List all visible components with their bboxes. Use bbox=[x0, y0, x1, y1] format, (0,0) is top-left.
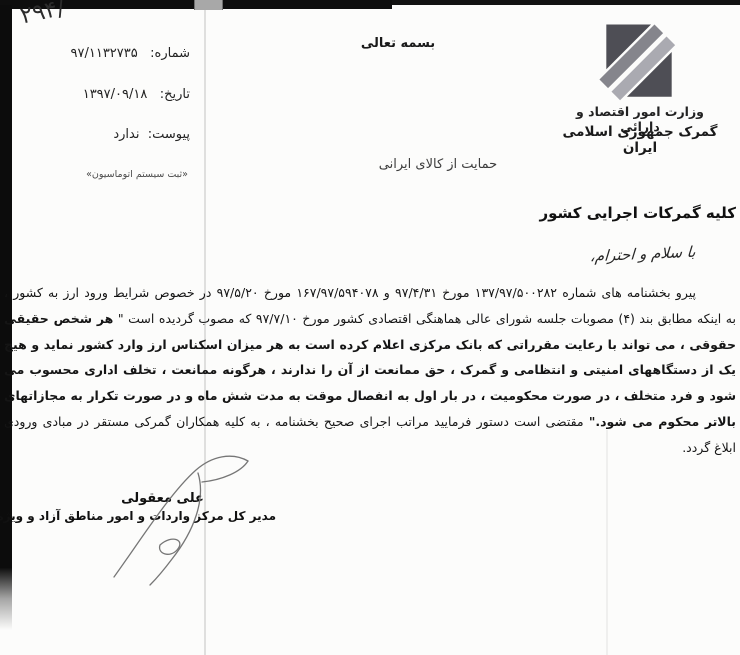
document-page: ۲۹۴/ شماره: ۹۷/۱۱۳۲۷۳۵ تاریخ: ۱۳۹۷/۰۹/۱۸… bbox=[0, 0, 740, 655]
field-date-label: تاریخ: bbox=[160, 87, 190, 102]
field-attachment: پیوست: ندارد bbox=[113, 127, 190, 142]
customs-emblem-icon bbox=[596, 21, 682, 102]
body-text-bold: حقوقی ، می تواند با رعایت مقرراتی که بان… bbox=[4, 337, 736, 352]
scan-top-notch bbox=[194, 0, 223, 10]
body-line-4: یک از دستگاههای امنیتی و انتظامی و گمرک … bbox=[4, 357, 736, 383]
signature-scribble bbox=[100, 449, 265, 589]
field-date-value: ۱۳۹۷/۰۹/۱۸ bbox=[83, 87, 148, 102]
body-text: به اینکه مطابق بند (۴) مصوبات جلسه شورای… bbox=[113, 311, 736, 326]
handwritten-ref-number: ۲۹۴/ bbox=[18, 0, 131, 29]
salutation-handwritten: با سلام و احترام، bbox=[590, 243, 697, 266]
field-number-value: ۹۷/۱۱۳۲۷۳۵ bbox=[71, 46, 138, 61]
automation-note: «ثبت سیستم اتوماسیون» bbox=[86, 169, 188, 180]
field-number: شماره: ۹۷/۱۱۳۲۷۳۵ bbox=[71, 46, 190, 61]
body-paragraph: پیرو بخشنامه های شماره ۱۳۷/۹۷/۵۰۰۲۸۲ مور… bbox=[4, 280, 736, 461]
body-line-2: به اینکه مطابق بند (۴) مصوبات جلسه شورای… bbox=[4, 306, 736, 332]
body-text-bold: بالاتر محکوم می شود." bbox=[589, 414, 736, 429]
field-number-label: شماره: bbox=[150, 46, 190, 61]
field-date: تاریخ: ۱۳۹۷/۰۹/۱۸ bbox=[83, 87, 190, 102]
recipient-line: کلیه گمرکات اجرایی کشور bbox=[539, 204, 736, 222]
field-attachment-label: پیوست: bbox=[148, 127, 190, 142]
body-text: پیرو بخشنامه های شماره ۱۳۷/۹۷/۵۰۰۲۸۲ مور… bbox=[4, 285, 696, 306]
body-line-5: شود و فرد متخلف ، در صورت محکومیت ، در ب… bbox=[4, 383, 736, 409]
besmellah-heading: بسمه تعالی bbox=[348, 36, 448, 51]
body-text-bold: شود و فرد متخلف ، در صورت محکومیت ، در ب… bbox=[4, 388, 736, 403]
body-line-3: حقوقی ، می تواند با رعایت مقرراتی که بان… bbox=[4, 332, 736, 358]
body-line-1: پیرو بخشنامه های شماره ۱۳۷/۹۷/۵۰۰۲۸۲ مور… bbox=[4, 280, 736, 306]
body-text-bold: یک از دستگاههای امنیتی و انتظامی و گمرک … bbox=[4, 362, 736, 377]
fold-crease-right bbox=[606, 430, 608, 655]
body-line-6: بالاتر محکوم می شود." مقتضی است دستور فر… bbox=[4, 409, 736, 435]
body-text: ابلاغ گردد. bbox=[682, 440, 736, 455]
field-attachment-value: ندارد bbox=[113, 127, 139, 142]
year-slogan: حمایت از کالای ایرانی bbox=[372, 157, 504, 172]
organization-name: گمرک جمهوری اسلامی ایران bbox=[552, 124, 728, 156]
